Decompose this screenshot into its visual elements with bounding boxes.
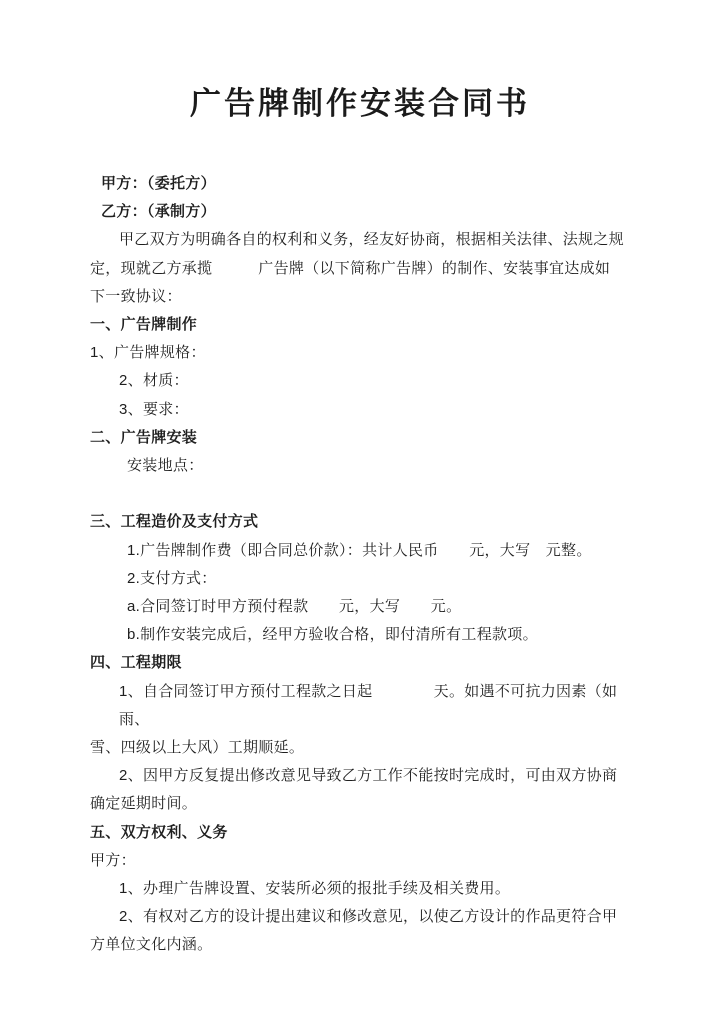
document-line: 甲乙双方为明确各自的权利和义务，经友好协商，根据相关法律、法规之规 (90, 226, 628, 254)
document-line: 1、办理广告牌设置、安装所必须的报批手续及相关费用。 (90, 875, 628, 903)
document-line: 雪、四级以上大风）工期顺延。 (90, 734, 628, 762)
document-line: 1、广告牌规格： (90, 339, 628, 367)
document-line: 2、有权对乙方的设计提出建议和修改意见，以使乙方设计的作品更符合甲 (90, 903, 628, 931)
document-line (90, 480, 628, 508)
document-line: 三、工程造价及支付方式 (90, 508, 628, 536)
document-line: 一、广告牌制作 (90, 311, 628, 339)
document-line: 安装地点： (90, 452, 628, 480)
document-line: 甲方：（委托方） (90, 170, 628, 198)
document-line: b.制作安装完成后，经甲方验收合格，即付清所有工程款项。 (90, 621, 628, 649)
document-line: 确定延期时间。 (90, 790, 628, 818)
document-line: 甲方： (90, 847, 628, 875)
document-line: 五、双方权利、义务 (90, 819, 628, 847)
document-body: 甲方：（委托方） 乙方：（承制方） 甲乙双方为明确各自的权利和义务，经友好协商，… (0, 170, 720, 960)
document-line: 2、因甲方反复提出修改意见导致乙方工作不能按时完成时，可由双方协商 (90, 762, 628, 790)
document-line: 2.支付方式： (90, 565, 628, 593)
document-title: 广告牌制作安装合同书 (0, 0, 720, 126)
document-line: 1、自合同签订甲方预付工程款之日起 天。如遇不可抗力因素（如雨、 (90, 678, 628, 734)
document-line: a.合同签订时甲方预付程款 元，大写 元。 (90, 593, 628, 621)
document-line: 3、要求： (90, 396, 628, 424)
document-line: 四、工程期限 (90, 649, 628, 677)
contract-document-page: 广告牌制作安装合同书 甲方：（委托方） 乙方：（承制方） 甲乙双方为明确各自的权… (0, 0, 720, 1017)
document-line: 定，现就乙方承揽 广告牌（以下简称广告牌）的制作、安装事宜达成如 (90, 255, 628, 283)
document-line: 二、广告牌安装 (90, 424, 628, 452)
document-line: 下一致协议： (90, 283, 628, 311)
document-line: 2、材质： (90, 367, 628, 395)
document-line: 1.广告牌制作费（即合同总价款）：共计人民币 元，大写 元整。 (90, 537, 628, 565)
document-line: 方单位文化内涵。 (90, 931, 628, 959)
document-line: 乙方：（承制方） (90, 198, 628, 226)
